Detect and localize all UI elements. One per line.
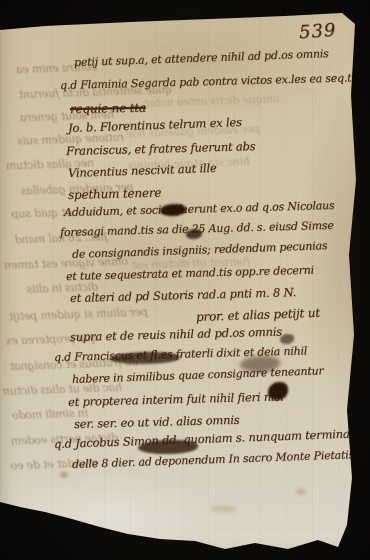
manuscript-line: pror. et alias petijt ut	[196, 306, 320, 324]
bleedthrough-line: et quid sup	[2, 206, 72, 221]
bleedthrough-line: per alium si quidem petijt	[2, 305, 148, 323]
foxing-spot	[60, 472, 68, 478]
manuscript-line: q.d Flaminia Segarda pab contra victos e…	[60, 71, 360, 92]
ink-smear	[110, 352, 180, 364]
manuscript-line: ser. ser. eo ut vid. alias omnis	[74, 413, 240, 431]
ink-smear	[138, 440, 198, 454]
scanned-manuscript-page: contra enim ea quae sententia dicta fuer…	[0, 0, 370, 560]
ink-blot	[186, 229, 202, 239]
foxing-spot	[210, 505, 236, 513]
page-number: 539	[298, 20, 337, 44]
manuscript-line: Adduidum, et socius fuerunt ex.o ad q.os…	[64, 199, 335, 219]
manuscript-line: spethum tenere	[68, 186, 162, 202]
foxing-spot	[296, 488, 306, 495]
manuscript-line: petij ut sup.a, et attendere nihil ad pd…	[74, 47, 329, 69]
ink-blot	[280, 334, 294, 344]
manuscript-line: supra et de reuis nihil ad pd.os omnis	[70, 324, 282, 344]
paper-sheet: contra enim ea quae sententia dicta fuer…	[0, 0, 370, 560]
manuscript-line-struck: requie ne tta	[70, 101, 146, 116]
ink-blot	[268, 382, 288, 400]
manuscript-line: delle 8 dier. ad deponendum In sacro Mon…	[72, 448, 354, 471]
manuscript-line: et alteri ad pd Sutoris rad.a pnti m. 8 …	[70, 285, 296, 305]
